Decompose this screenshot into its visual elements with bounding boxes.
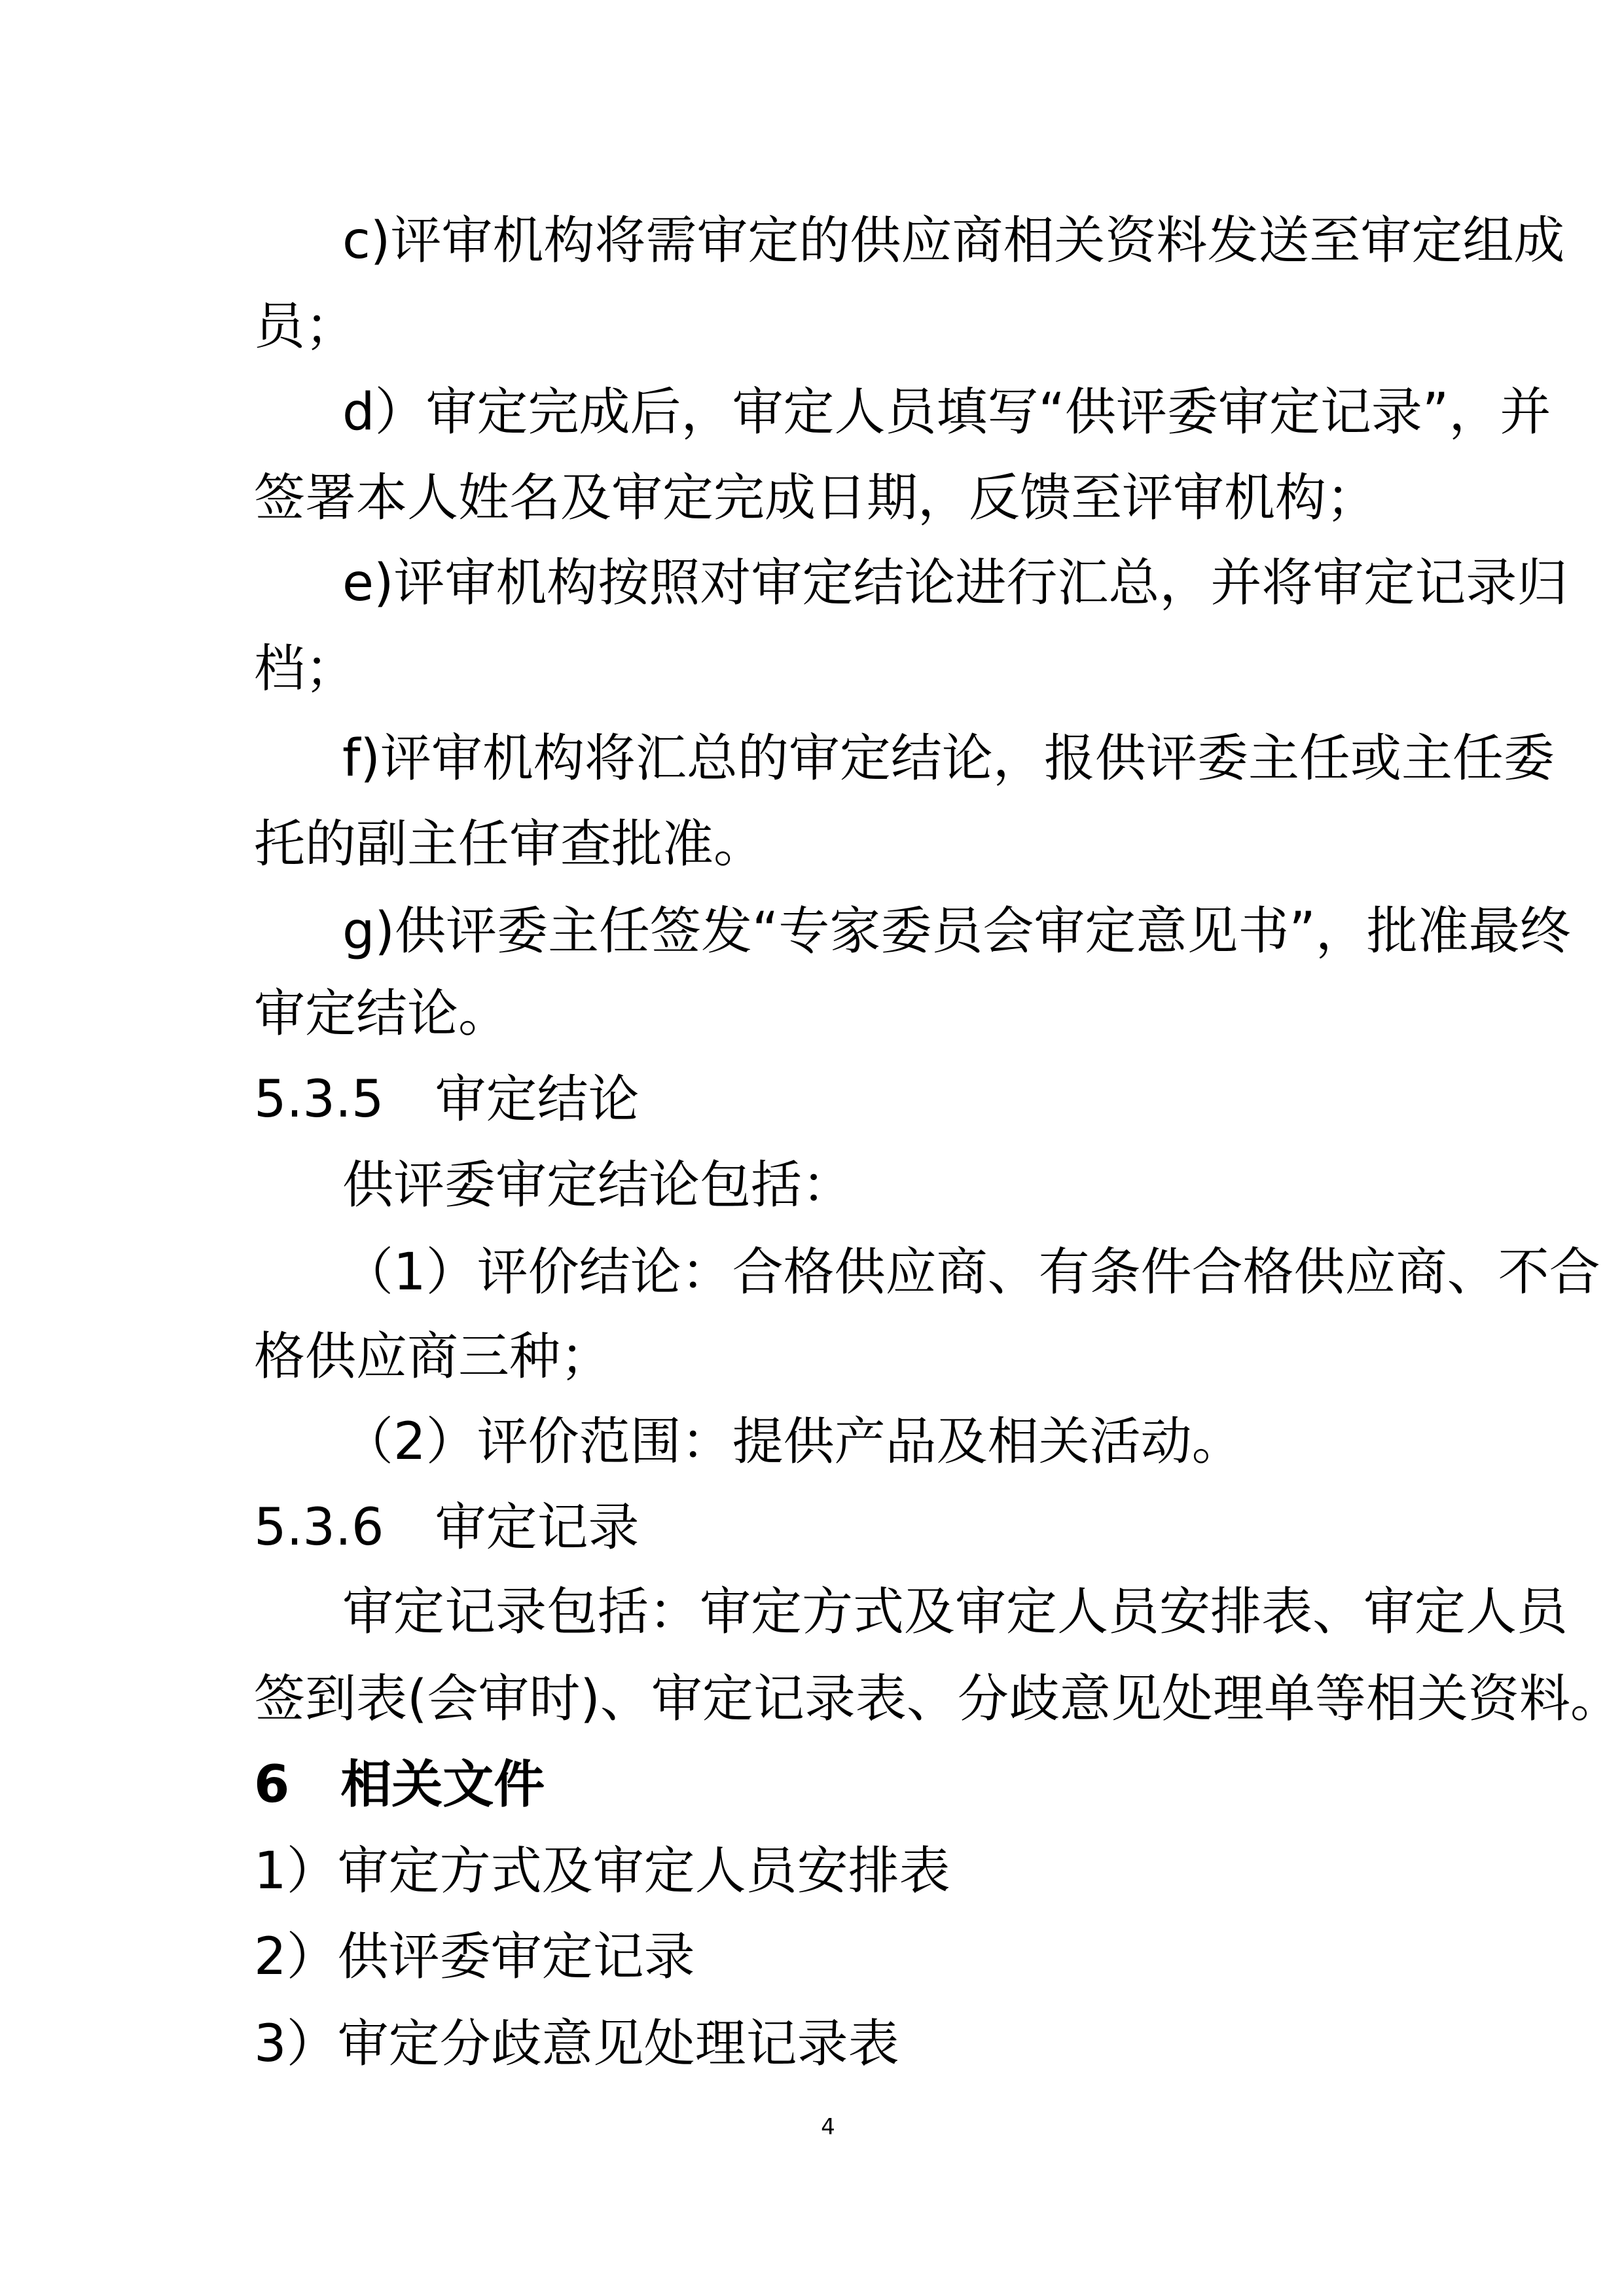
para-e-line-1: e)评审机构按照对审定结论进行汇总，并将审定记录归	[342, 541, 1401, 626]
para-d-line-1: d）审定完成后，审定人员填写“供评委审定记录”，并	[342, 370, 1401, 456]
heading-6: 6 相关文件	[254, 1742, 1401, 1828]
para-c-line-2: 员；	[254, 284, 1401, 370]
para-d-line-2: 签署本人姓名及审定完成日期，反馈至评审机构；	[254, 456, 1401, 541]
section-5-3-6-body-line-1: 审定记录包括：审定方式及审定人员安排表、审定人员	[342, 1570, 1401, 1655]
section-5-3-5-item2: （2）评价范围：提供产品及相关活动。	[342, 1399, 1401, 1485]
related-doc-item-1: 1）审定方式及审定人员安排表	[254, 1829, 1401, 1914]
page-number: 4	[812, 2111, 844, 2144]
section-5-3-5-item1-line-1: （1）评价结论：合格供应商、有条件合格供应商、不合	[342, 1230, 1401, 1316]
para-f-line-2: 托的副主任审查批准。	[254, 802, 1401, 888]
section-5-3-5-intro: 供评委审定结论包括：	[342, 1143, 1401, 1229]
para-f-line-1: f)评审机构将汇总的审定结论，报供评委主任或主任委	[342, 716, 1401, 802]
para-g-line-1: g)供评委主任签发“专家委员会审定意见书”，批准最终	[342, 889, 1401, 975]
para-e-line-2: 档；	[254, 626, 1401, 712]
related-doc-item-3: 3）审定分歧意见处理记录表	[254, 2001, 1401, 2087]
heading-5-3-6: 5.3.6 审定记录	[254, 1485, 1401, 1571]
para-g-line-2: 审定结论。	[254, 971, 1401, 1057]
para-c-line-1: c)评审机构将需审定的供应商相关资料发送至审定组成	[342, 198, 1401, 284]
heading-5-3-5: 5.3.5 审定结论	[254, 1057, 1401, 1143]
related-doc-item-2: 2）供评委审定记录	[254, 1914, 1401, 2000]
section-5-3-6-body-line-2: 签到表(会审时)、审定记录表、分歧意见处理单等相关资料。	[254, 1657, 1401, 1742]
section-5-3-5-item1-line-2: 格供应商三种；	[254, 1314, 1401, 1400]
